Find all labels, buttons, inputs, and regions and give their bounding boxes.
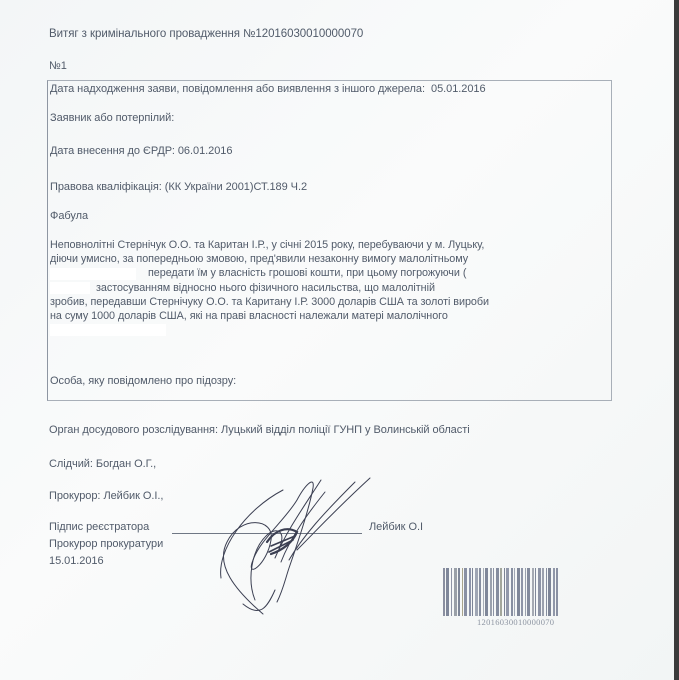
erdr-date-row: Дата внесення до ЄРДР: 06.01.2016 bbox=[50, 144, 232, 158]
prosecutor-label: Прокурор: bbox=[49, 490, 100, 502]
fabula-text: Неповнолітні Стернічук О.О. та Каритан І… bbox=[50, 238, 489, 337]
registrar-position: Прокурор прокуратури bbox=[49, 537, 163, 551]
receipt-date-label: Дата надходження заяви, повідомлення або… bbox=[50, 83, 425, 95]
investigator-label: Слідчий: bbox=[49, 458, 93, 470]
legal-qualification-value: (КК України 2001)СТ.189 Ч.2 bbox=[165, 181, 307, 193]
fabula-line-wrapper bbox=[50, 323, 489, 337]
barcode-icon bbox=[443, 568, 607, 616]
applicant-label: Заявник або потерпілий: bbox=[50, 111, 174, 125]
document-title: Витяг з кримінального провадження №12016… bbox=[49, 27, 363, 41]
legal-qualification-row: Правова кваліфікація: (КК України 2001)С… bbox=[50, 180, 307, 194]
fabula-line-wrapper: передати їм у власність грошові кошти, п… bbox=[50, 266, 489, 280]
fabula-line-wrapper: застосуванням відносно нього фізичного н… bbox=[50, 281, 489, 295]
investigation-body-value: Луцький відділ поліції ГУНП у Волинській… bbox=[221, 424, 470, 436]
investigator-value: Богдан О.Г., bbox=[96, 458, 156, 470]
registrar-signature-label: Підпис реєстратора bbox=[49, 520, 149, 534]
prosecutor-row: Прокурор: Лейбик О.І., bbox=[49, 489, 163, 503]
fabula-line: передати їм у власність грошові кошти, п… bbox=[148, 267, 466, 279]
receipt-date-row: Дата надходження заяви, повідомлення або… bbox=[50, 82, 486, 96]
legal-qualification-label: Правова кваліфікація: bbox=[50, 181, 162, 193]
scanned-document-page: Витяг з кримінального провадження №12016… bbox=[0, 0, 674, 680]
redaction-block bbox=[50, 324, 166, 336]
fabula-label: Фабула bbox=[50, 209, 88, 223]
item-number: №1 bbox=[49, 59, 67, 73]
fabula-line: на суму 1000 доларів США, які на праві в… bbox=[50, 309, 489, 323]
proceeding-details-box: Дата надходження заяви, повідомлення або… bbox=[47, 80, 612, 401]
investigator-row: Слідчий: Богдан О.Г., bbox=[49, 457, 156, 471]
receipt-date-value: 05.01.2016 bbox=[431, 83, 486, 95]
fabula-line: зробив, передавши Стернічуку О.О. та Кар… bbox=[50, 295, 489, 309]
prosecutor-value: Лейбик О.І., bbox=[103, 490, 163, 502]
redaction-block bbox=[50, 282, 90, 294]
scan-edge-strip bbox=[674, 0, 679, 680]
fabula-line: Неповнолітні Стернічук О.О. та Каритан І… bbox=[50, 238, 489, 252]
fabula-line: діючи умисно, за попередньою змовою, пре… bbox=[50, 252, 489, 266]
erdr-date-value: 06.01.2016 bbox=[178, 145, 233, 157]
signature-date: 15.01.2016 bbox=[49, 554, 104, 568]
handwritten-signature-icon bbox=[205, 470, 385, 620]
suspect-label: Особа, яку повідомлено про підозру: bbox=[50, 374, 236, 388]
fabula-line: застосуванням відносно нього фізичного н… bbox=[96, 282, 435, 294]
redaction-block bbox=[50, 268, 136, 280]
barcode-number: 12016030010000070 bbox=[477, 617, 554, 627]
erdr-date-label: Дата внесення до ЄРДР: bbox=[50, 145, 175, 157]
investigation-body-label: Орган досудового розслідування: bbox=[49, 424, 218, 436]
investigation-body-row: Орган досудового розслідування: Луцький … bbox=[49, 423, 470, 437]
